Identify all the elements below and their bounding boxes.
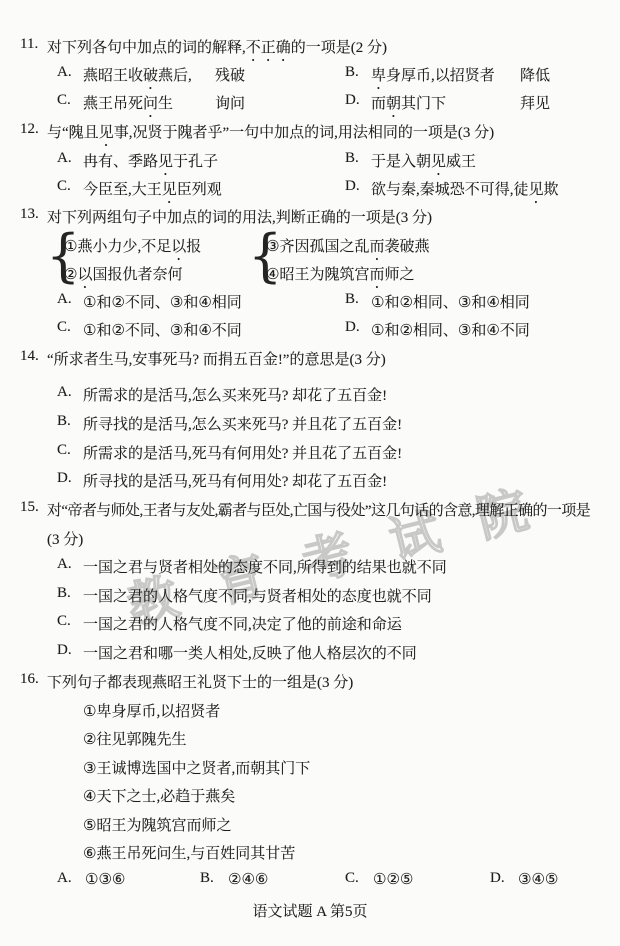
option-b-label: B. bbox=[345, 291, 359, 308]
option-segment: 今臣至,大王 bbox=[83, 182, 162, 198]
stem-segment: 对下列各句中加点的词的解释, bbox=[47, 40, 246, 56]
option-segment: 而 bbox=[371, 96, 386, 112]
question-15-stem-line-2: (3 分) bbox=[47, 528, 83, 549]
option-b-label: B. bbox=[57, 585, 71, 602]
option-a-text: ①③⑥ bbox=[85, 870, 125, 889]
item-text: ③王诚博选国中之贤者,而朝其门下 bbox=[83, 757, 310, 778]
question-11-stem: 11. 对下列各句中加点的词的解释,不正确的一项是(2 分) bbox=[0, 36, 620, 58]
question-16-item-1: ①卑身厚币,以招贤者 bbox=[0, 700, 620, 722]
question-16-item-2: ②往见郭隗先生 bbox=[0, 728, 620, 750]
option-segment: 于是入朝 bbox=[371, 154, 431, 170]
option-emphasis: 破 bbox=[143, 68, 158, 84]
stem-segment: 的一项是(2 分) bbox=[291, 40, 387, 56]
option-d-text: 欲与秦,秦城恐不可得,徒见欺 bbox=[371, 178, 559, 207]
question-15-option-d: D. 一国之君和哪一类人相处,反映了他人格层次的不同 bbox=[0, 642, 620, 664]
question-13-stem-text: 对下列两组句子中加点的词的用法,判断正确的一项是(3 分) bbox=[47, 206, 432, 227]
exam-page: 教育考试院 11. 对下列各句中加点的词的解释,不正确的一项是(2 分) A. … bbox=[0, 0, 620, 946]
option-a-text: 所需求的是活马,怎么买来死马? 却花了五百金! bbox=[83, 384, 387, 405]
question-16-stem-text: 下列句子都表现燕昭王礼贤下士的一组是(3 分) bbox=[47, 671, 353, 692]
question-12-row-ab: A. 冉有、季路见于孔子 B. 于是入朝见威王 bbox=[0, 150, 620, 172]
option-d-text: ①和②相同、③和④不同 bbox=[371, 319, 530, 340]
sentence-emphasis: 以 bbox=[171, 239, 186, 255]
option-a-label: A. bbox=[57, 870, 72, 887]
sentence-segment: ③齐因孤国之乱 bbox=[266, 239, 369, 255]
stem-emphasis: 见 bbox=[99, 125, 114, 141]
question-13-group-line-1: ①燕小力少,不足以报 ③齐因孤国之乱而袭破燕 bbox=[0, 235, 620, 257]
question-14-option-c: C. 所需求的是活马,死马有何用处? 并且花了五百金! bbox=[0, 442, 620, 464]
option-segment: 燕昭王收 bbox=[83, 68, 143, 84]
option-emphasis: 见 bbox=[529, 182, 544, 198]
option-b-text: 一国之君的人格气度不同,与贤者相处的态度也就不同 bbox=[83, 585, 432, 606]
option-b-label: B. bbox=[345, 64, 359, 81]
option-d-gloss: 拜见 bbox=[520, 92, 550, 113]
question-12-stem-text: 与“隗且见事,况贤于隗者乎”一句中加点的词,用法相同的一项是(3 分) bbox=[47, 121, 494, 150]
sentence-segment: 师之 bbox=[384, 267, 414, 283]
option-c-label: C. bbox=[57, 613, 71, 630]
option-c-label: C. bbox=[345, 870, 359, 887]
option-d-label: D. bbox=[490, 870, 505, 887]
option-d-label: D. bbox=[345, 319, 360, 336]
option-c-label: C. bbox=[57, 319, 71, 336]
option-c-gloss: 询问 bbox=[215, 92, 245, 113]
option-emphasis: 见 bbox=[162, 182, 177, 198]
option-a-label: A. bbox=[57, 291, 72, 308]
option-d-text: 而朝其门下 bbox=[371, 92, 446, 121]
option-segment: 身厚币,以招贤者 bbox=[386, 68, 495, 84]
option-c-text: ①和②不同、③和④不同 bbox=[83, 319, 242, 340]
item-text: ⑤昭王为隗筑宫而师之 bbox=[83, 814, 231, 835]
option-c-label: C. bbox=[57, 178, 71, 195]
item-text: ④天下之士,必趋于燕矣 bbox=[83, 785, 235, 806]
question-14-option-a: A. 所需求的是活马,怎么买来死马? 却花了五百金! bbox=[0, 384, 620, 406]
option-c-text: 燕王吊死问生 bbox=[83, 92, 173, 121]
sentence-emphasis: 以 bbox=[77, 267, 92, 283]
option-segment: 威王 bbox=[446, 154, 476, 170]
option-b-text: ①和②相同、③和④相同 bbox=[371, 291, 530, 312]
question-12-row-cd: C. 今臣至,大王见臣列观 D. 欲与秦,秦城恐不可得,徒见欺 bbox=[0, 178, 620, 200]
option-a-label: A. bbox=[57, 556, 72, 573]
stem-segment: 事,况贤于隗者乎”一句中加点的词,用法相同的一项是(3 分) bbox=[114, 125, 494, 141]
question-15-option-a: A. 一国之君与贤者相处的态度不同,所得到的结果也就不同 bbox=[0, 556, 620, 578]
option-a-text: 冉有、季路见于孔子 bbox=[83, 150, 218, 179]
option-segment: 冉有、季路 bbox=[83, 154, 158, 170]
question-16-options-row: A. ①③⑥ B. ②④⑥ C. ①②⑤ D. ③④⑤ bbox=[0, 870, 620, 892]
question-15-stem-line-1: 对“帝者与师处,王者与友处,霸者与臣处,亡国与役处”这几句话的含意,理解正确的一… bbox=[47, 499, 590, 520]
option-b-text: 卑身厚币,以招贤者 bbox=[371, 64, 495, 93]
option-segment: 欺 bbox=[544, 182, 559, 198]
question-12-stem: 12. 与“隗且见事,况贤于隗者乎”一句中加点的词,用法相同的一项是(3 分) bbox=[0, 121, 620, 143]
option-d-text: 一国之君和哪一类人相处,反映了他人格层次的不同 bbox=[83, 642, 417, 663]
sentence-segment: ①燕小力少,不足 bbox=[64, 239, 171, 255]
exam-content: 11. 对下列各句中加点的词的解释,不正确的一项是(2 分) A. 燕昭王收破燕… bbox=[0, 0, 620, 946]
option-emphasis: 朝 bbox=[386, 96, 401, 112]
question-14-stem-text: “所求者生马,安事死马? 而捐五百金!”的意思是(3 分) bbox=[47, 348, 386, 369]
question-13-group-line-2: ②以国报仇者奈何 ④昭王为隗筑宫而师之 bbox=[0, 263, 620, 285]
option-d-text: ③④⑤ bbox=[518, 870, 558, 889]
group-sentence-3: ③齐因孤国之乱而袭破燕 bbox=[266, 235, 429, 264]
option-d-label: D. bbox=[57, 470, 72, 487]
question-14-stem: 14. “所求者生马,安事死马? 而捐五百金!”的意思是(3 分) bbox=[0, 348, 620, 370]
option-segment: 生 bbox=[158, 96, 173, 112]
question-14-option-d: D. 所寻找的是活马,死马有何用处? 却花了五百金! bbox=[0, 470, 620, 492]
option-d-label: D. bbox=[345, 92, 360, 109]
question-13-row-cd: C. ①和②不同、③和④不同 D. ①和②相同、③和④不同 bbox=[0, 319, 620, 341]
option-a-label: A. bbox=[57, 384, 72, 401]
question-15-option-c: C. 一国之君的人格气度不同,决定了他的前途和命运 bbox=[0, 613, 620, 635]
group-sentence-1: ①燕小力少,不足以报 bbox=[64, 235, 201, 264]
sentence-segment: ④昭王为隗筑宫 bbox=[266, 267, 369, 283]
option-c-text: 一国之君的人格气度不同,决定了他的前途和命运 bbox=[83, 613, 402, 634]
option-b-label: B. bbox=[57, 413, 71, 430]
question-16-stem: 16. 下列句子都表现燕昭王礼贤下士的一组是(3 分) bbox=[0, 671, 620, 693]
option-b-gloss: 降低 bbox=[520, 64, 550, 85]
question-11-number: 11. bbox=[20, 36, 38, 53]
option-a-text: ①和②不同、③和④相同 bbox=[83, 291, 242, 312]
group-sentence-4: ④昭王为隗筑宫而师之 bbox=[266, 263, 414, 292]
option-b-label: B. bbox=[345, 150, 359, 167]
sentence-segment: 报 bbox=[186, 239, 201, 255]
question-16-number: 16. bbox=[20, 671, 39, 688]
question-16-item-4: ④天下之士,必趋于燕矣 bbox=[0, 785, 620, 807]
option-d-label: D. bbox=[345, 178, 360, 195]
option-emphasis: 见 bbox=[158, 154, 173, 170]
question-14-number: 14. bbox=[20, 348, 39, 365]
option-b-text: ②④⑥ bbox=[228, 870, 268, 889]
option-c-label: C. bbox=[57, 92, 71, 109]
option-a-label: A. bbox=[57, 64, 72, 81]
question-13-row-ab: A. ①和②不同、③和④相同 B. ①和②相同、③和④相同 bbox=[0, 291, 620, 313]
option-a-text: 一国之君与贤者相处的态度不同,所得到的结果也就不同 bbox=[83, 556, 447, 577]
question-11-stem-text: 对下列各句中加点的词的解释,不正确的一项是(2 分) bbox=[47, 36, 387, 65]
question-16-item-6: ⑥燕王吊死问生,与百姓同其甘苦 bbox=[0, 842, 620, 864]
option-c-text: 所需求的是活马,死马有何用处? 并且花了五百金! bbox=[83, 442, 402, 463]
question-11-row-ab: A. 燕昭王收破燕后, 残破 B. 卑身厚币,以招贤者 降低 bbox=[0, 64, 620, 86]
sentence-segment: 国报仇者奈何 bbox=[92, 267, 182, 283]
option-a-label: A. bbox=[57, 150, 72, 167]
option-d-label: D. bbox=[57, 642, 72, 659]
stem-segment: 与“隗且 bbox=[47, 125, 99, 141]
option-segment: 于孔子 bbox=[173, 154, 218, 170]
stem-emphasis: 不正确 bbox=[246, 40, 291, 56]
option-a-gloss: 残破 bbox=[215, 64, 245, 85]
question-12-number: 12. bbox=[20, 121, 39, 138]
question-15-stem-continued: (3 分) bbox=[0, 528, 620, 550]
question-13-number: 13. bbox=[20, 206, 39, 223]
sentence-emphasis: 而 bbox=[369, 267, 384, 283]
option-segment: 燕王吊死 bbox=[83, 96, 143, 112]
question-15-option-b: B. 一国之君的人格气度不同,与贤者相处的态度也就不同 bbox=[0, 585, 620, 607]
sentence-emphasis: 而 bbox=[369, 239, 384, 255]
item-text: ①卑身厚币,以招贤者 bbox=[83, 700, 220, 721]
option-emphasis: 卑 bbox=[371, 68, 386, 84]
option-segment: 臣列观 bbox=[177, 182, 222, 198]
question-16-item-5: ⑤昭王为隗筑宫而师之 bbox=[0, 814, 620, 836]
option-segment: 其门下 bbox=[401, 96, 446, 112]
question-15-stem: 15. 对“帝者与师处,王者与友处,霸者与臣处,亡国与役处”这几句话的含意,理解… bbox=[0, 499, 620, 521]
question-16-item-3: ③王诚博选国中之贤者,而朝其门下 bbox=[0, 757, 620, 779]
question-13-stem: 13. 对下列两组句子中加点的词的用法,判断正确的一项是(3 分) bbox=[0, 206, 620, 228]
item-text: ②往见郭隗先生 bbox=[83, 728, 186, 749]
option-b-label: B. bbox=[200, 870, 214, 887]
option-b-text: 于是入朝见威王 bbox=[371, 150, 476, 179]
question-14-option-b: B. 所寻找的是活马,怎么买来死马? 并且花了五百金! bbox=[0, 413, 620, 435]
option-emphasis: 问 bbox=[143, 96, 158, 112]
option-c-label: C. bbox=[57, 442, 71, 459]
option-d-text: 所寻找的是活马,死马有何用处? 却花了五百金! bbox=[83, 470, 387, 491]
item-text: ⑥燕王吊死问生,与百姓同其甘苦 bbox=[83, 842, 295, 863]
option-c-text: ①②⑤ bbox=[373, 870, 413, 889]
group-sentence-2: ②以国报仇者奈何 bbox=[64, 263, 182, 292]
option-segment: 燕后, bbox=[158, 68, 192, 84]
sentence-segment: 袭破燕 bbox=[384, 239, 429, 255]
option-emphasis: 见 bbox=[431, 154, 446, 170]
option-segment: 欲与秦,秦城恐不可得,徒 bbox=[371, 182, 529, 198]
sentence-segment: ② bbox=[64, 267, 77, 283]
option-a-text: 燕昭王收破燕后, bbox=[83, 64, 192, 93]
option-c-text: 今臣至,大王见臣列观 bbox=[83, 178, 222, 207]
question-15-number: 15. bbox=[20, 499, 39, 516]
page-footer: 语文试题 A 第5页 bbox=[0, 900, 620, 921]
option-b-text: 所寻找的是活马,怎么买来死马? 并且花了五百金! bbox=[83, 413, 402, 434]
question-11-row-cd: C. 燕王吊死问生 询问 D. 而朝其门下 拜见 bbox=[0, 92, 620, 114]
